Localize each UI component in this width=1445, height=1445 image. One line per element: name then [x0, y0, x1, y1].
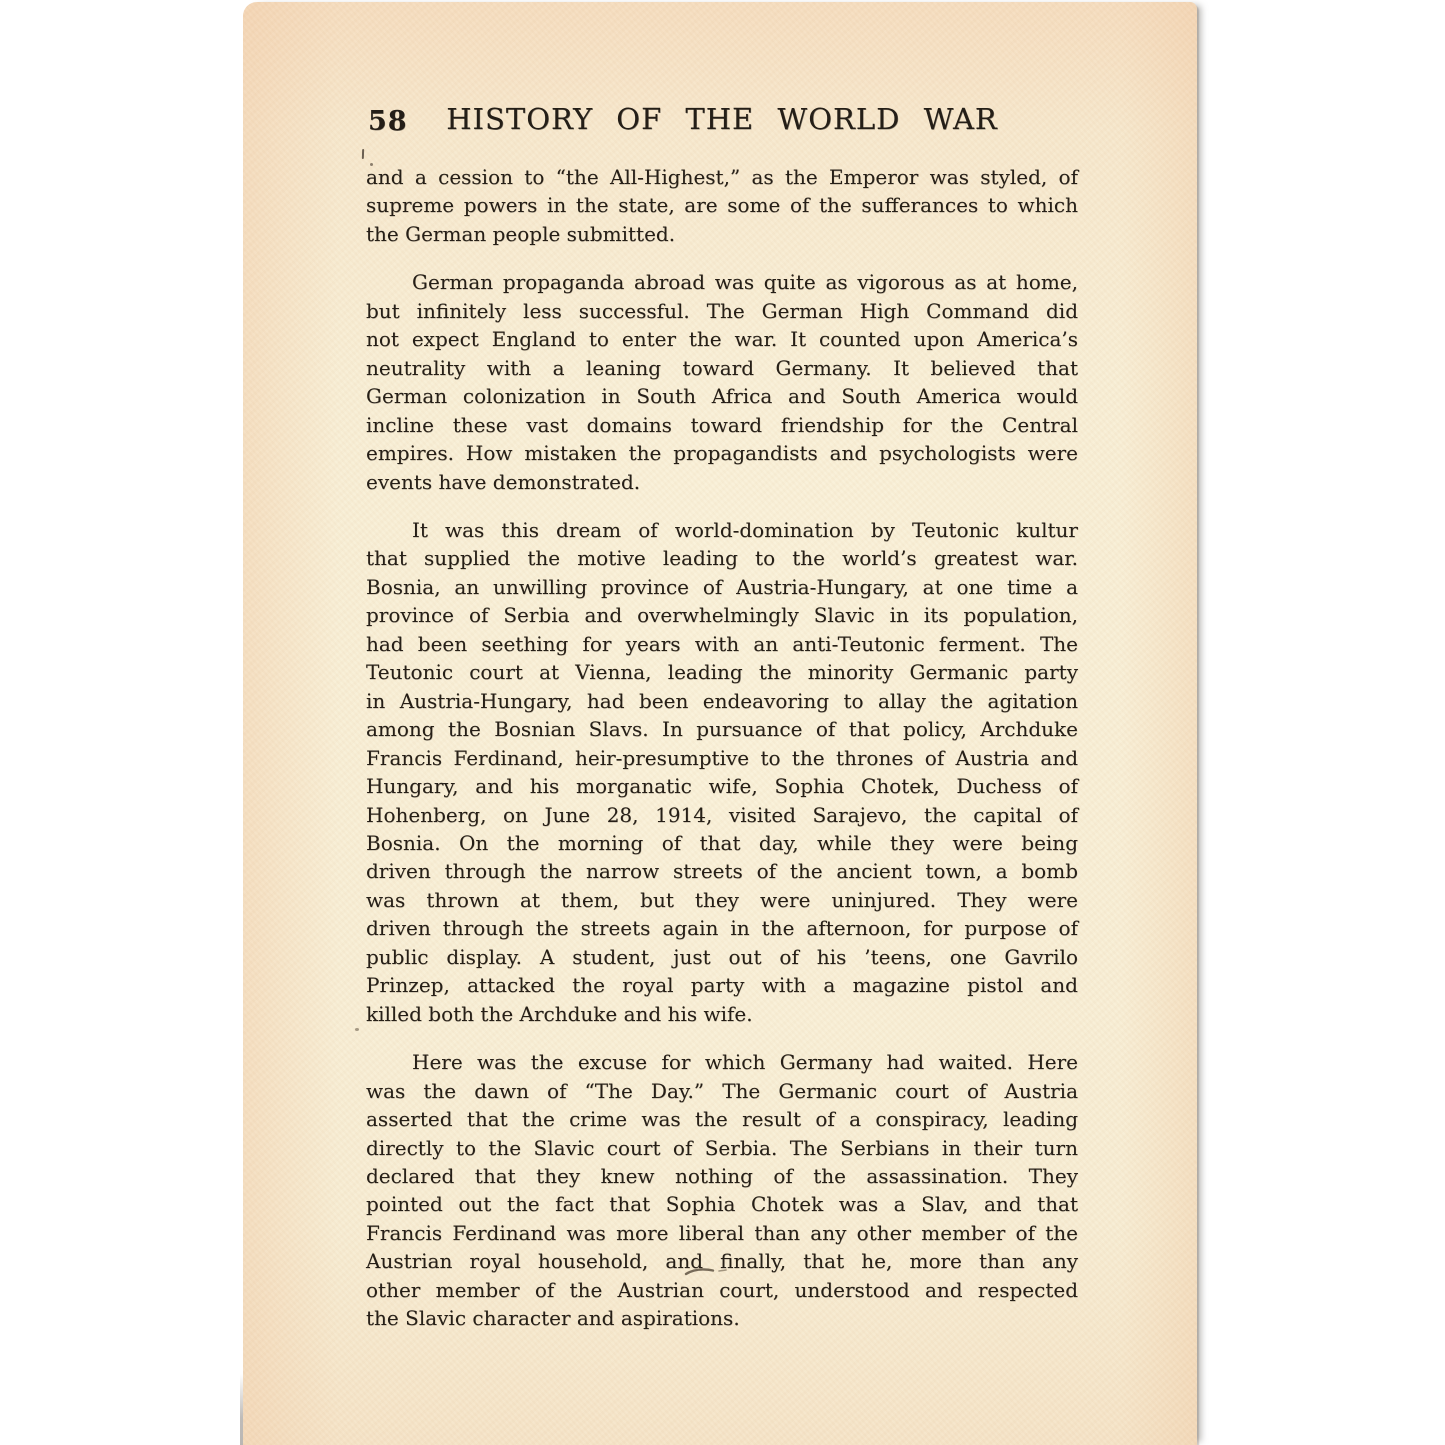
- book-page: 58 HISTORY OF THE WORLD WAR and a cessio…: [243, 2, 1197, 1445]
- text-line: It was this dream of world-domination by…: [366, 516, 1078, 544]
- text-line: events have demonstrated.: [366, 468, 1078, 496]
- text-line: incline these vast domains toward friend…: [366, 411, 1078, 439]
- text-line: in Austria-Hungary, had been endeavoring…: [366, 687, 1078, 715]
- text-line: Teutonic court at Vienna, leading the mi…: [366, 658, 1078, 686]
- page-number: 58: [368, 106, 408, 137]
- text-line: was thrown at them, but they were uninju…: [366, 886, 1078, 914]
- ink-speck: [355, 1028, 359, 1031]
- text-line: other member of the Austrian court, unde…: [366, 1276, 1078, 1304]
- text-line: pointed out the fact that Sophia Chotek …: [366, 1190, 1078, 1218]
- running-title: HISTORY OF THE WORLD WAR: [366, 102, 1078, 136]
- page-body: and a cession to “the All-Highest,” as t…: [366, 163, 1078, 1353]
- text-line: Here was the excuse for which Germany ha…: [366, 1048, 1078, 1076]
- text-line: the German people submitted.: [366, 220, 1078, 248]
- scan-background: { "colors": { "background": "#ffffff", "…: [0, 0, 1445, 1445]
- text-line: empires. How mistaken the propagandists …: [366, 439, 1078, 467]
- text-line: German colonization in South Africa and …: [366, 382, 1078, 410]
- text-line: Hungary, and his morganatic wife, Sophia…: [366, 772, 1078, 800]
- ink-speck: [362, 149, 364, 159]
- running-head: 58 HISTORY OF THE WORLD WAR: [366, 102, 1078, 144]
- text-line: Hohenberg, on June 28, 1914, visited Sar…: [366, 801, 1078, 829]
- text-line: Prinzep, attacked the royal party with a…: [366, 971, 1078, 999]
- text-line: Bosnia, an unwilling province of Austria…: [366, 573, 1078, 601]
- text-line: was the dawn of “The Day.” The Germanic …: [366, 1077, 1078, 1105]
- pen-squiggle-mark: [683, 1265, 735, 1279]
- text-line: Francis Ferdinand was more liberal than …: [366, 1219, 1078, 1247]
- text-line: neutrality with a leaning toward Germany…: [366, 354, 1078, 382]
- text-line: that supplied the motive leading to the …: [366, 544, 1078, 572]
- text-line: German propaganda abroad was quite as vi…: [366, 268, 1078, 296]
- text-line: and a cession to “the All-Highest,” as t…: [366, 163, 1078, 191]
- text-line: not expect England to enter the war. It …: [366, 325, 1078, 353]
- text-line: declared that they knew nothing of the a…: [366, 1162, 1078, 1190]
- text-line: directly to the Slavic court of Serbia. …: [366, 1134, 1078, 1162]
- text-line: had been seething for years with an anti…: [366, 630, 1078, 658]
- text-line: the Slavic character and aspirations.: [366, 1304, 1078, 1332]
- text-line: killed both the Archduke and his wife.: [366, 1000, 1078, 1028]
- text-line: Bosnia. On the morning of that day, whil…: [366, 829, 1078, 857]
- page-edge-shadow: [240, 1374, 243, 1445]
- text-line: Francis Ferdinand, heir-presumptive to t…: [366, 744, 1078, 772]
- text-line: driven through the streets again in the …: [366, 914, 1078, 942]
- text-line: among the Bosnian Slavs. In pursuance of…: [366, 715, 1078, 743]
- text-line: asserted that the crime was the result o…: [366, 1105, 1078, 1133]
- text-line: driven through the narrow streets of the…: [366, 857, 1078, 885]
- text-line: province of Serbia and overwhelmingly Sl…: [366, 601, 1078, 629]
- text-line: public display. A student, just out of h…: [366, 943, 1078, 971]
- text-line: but infinitely less successful. The Germ…: [366, 297, 1078, 325]
- text-line: supreme powers in the state, are some of…: [366, 191, 1078, 219]
